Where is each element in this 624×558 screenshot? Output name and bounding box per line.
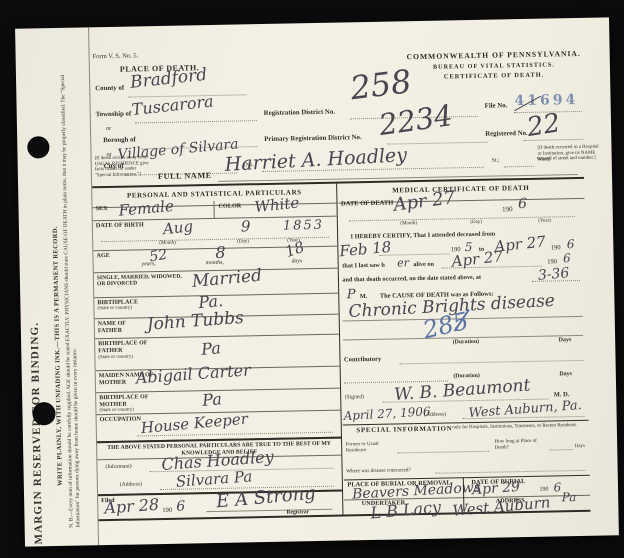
filed-date-value: Apr 28	[104, 497, 160, 517]
binding-margin: MARGIN RESERVED FOR BINDING. WRITE PLAIN…	[15, 27, 99, 546]
registration-district-value: 258	[348, 65, 413, 104]
contributory-label: Contributory	[344, 356, 381, 364]
md-label: M. D.	[554, 391, 570, 398]
street-label: St.;	[492, 157, 500, 163]
to-year-digit: 6	[567, 238, 575, 250]
dod-year-digit: 6	[518, 197, 527, 211]
commonwealth-heading: COMMONWEALTH OF PENNSYLVANIA. BUREAU OF …	[388, 49, 601, 82]
days-label-1: Days	[559, 337, 572, 343]
dob-day-sublabel: (Day)	[237, 239, 249, 244]
death-time-value: 3-36	[537, 266, 570, 283]
commonwealth-line: COMMONWEALTH OF PENNSYLVANIA.	[388, 49, 600, 62]
certify-paragraph: I HEREBY CERTIFY, That I attended deceas…	[339, 227, 586, 290]
or-label-1: or	[106, 125, 111, 132]
dob-month: Aug	[162, 219, 194, 237]
township-label: Township of	[96, 111, 132, 119]
how-long-label: How long at Place of Death?	[495, 439, 549, 452]
signed-label: (Signed)	[345, 394, 364, 400]
date-of-death-row: DATE OF DEATH Apr 27 190 6 (Month) (Day)…	[338, 194, 585, 232]
undertaker-value: L B Lacy	[369, 499, 441, 521]
birthplace-value: Pa.	[198, 293, 224, 311]
registered-no-value: 22	[525, 110, 562, 141]
filed-year-printed: 190	[162, 507, 172, 514]
medical-column: MEDICAL CERTIFICATE OF DEATH DATE OF DEA…	[338, 179, 590, 515]
informant-label: (Informant)	[105, 464, 131, 470]
borough-label: Borough of	[103, 136, 136, 144]
margin-binding-text: MARGIN RESERVED FOR BINDING.	[27, 238, 45, 544]
m-label: M.	[360, 293, 368, 300]
color-value: White	[254, 195, 300, 215]
former-residence-label: Former or Usual Residence	[346, 442, 394, 455]
special-info-note: only for Hospitals, Institutions, Transi…	[452, 423, 584, 431]
certificate-line: CERTIFICATE OF DEATH.	[388, 71, 600, 82]
sex-value: Female	[118, 199, 174, 219]
sex-color-divider	[213, 201, 214, 218]
duration-label-1: (Duration)	[453, 339, 480, 346]
burial-date-value: Apr 29	[471, 480, 520, 497]
where-contracted-label: Where was disease contracted?	[346, 467, 411, 474]
dob-year: 1853	[283, 219, 324, 233]
informant-address-label: (Address)	[120, 481, 142, 487]
sex-label: SEX	[95, 205, 107, 212]
certificate-table: PERSONAL AND STATISTICAL PARTICULARS SEX…	[92, 177, 590, 521]
dod-year-printed: 190	[502, 205, 513, 213]
father-label: NAME OF FATHER	[98, 320, 140, 334]
special-info-title: SPECIAL INFORMATION	[356, 425, 452, 434]
months-label: months,	[206, 260, 224, 266]
occupation-value: House Keeper	[140, 412, 248, 436]
former-residence-blank	[397, 451, 489, 454]
primary-registration-label: Primary Registration District No.	[264, 134, 362, 143]
where-contracted-blank	[435, 470, 585, 474]
bureau-line: BUREAU OF VITAL STATISTICS.	[388, 61, 600, 72]
dod-label: DATE OF DEATH	[341, 200, 393, 208]
primary-registration-value: 2234	[377, 101, 454, 140]
dob-label: DATE OF BIRTH	[96, 221, 144, 229]
am-pm-fill: P	[347, 288, 356, 301]
father-value: John Tubbs	[146, 310, 244, 334]
punch-hole-top	[27, 136, 49, 158]
punch-hole-bottom	[32, 402, 55, 425]
father-birthplace-note: (State or country)	[98, 355, 133, 361]
burial-year-printed: 190	[539, 487, 548, 493]
years-label: years,	[142, 261, 156, 267]
county-label: County of	[95, 85, 124, 93]
age-months-value: 8	[215, 245, 225, 261]
registration-district-label: Registration District No.	[264, 109, 335, 117]
last-saw-year-printed: 190	[547, 258, 557, 265]
undertaker-address-state: Pa	[562, 491, 577, 503]
signed-date-value: April 27, 1906	[343, 405, 431, 422]
filed-year-digit: 6	[176, 500, 185, 514]
how-long-blank	[549, 449, 573, 450]
mother-birthplace-value: Pa	[202, 391, 223, 409]
marital-value: Married	[191, 268, 262, 291]
last-saw-prefix: that I last saw h	[342, 262, 385, 270]
father-birthplace-label: BIRTHPLACE OF FATHER	[98, 340, 156, 354]
dod-value: Apr 27	[392, 189, 456, 214]
residence-note: [If death occurs away from USUAL RESIDEN…	[95, 155, 153, 178]
ward-blank	[504, 166, 534, 168]
filed-row: Filed Apr 28 190 6 E A Strong Registrar	[98, 490, 342, 521]
attended-from-value: Feb 18	[338, 240, 391, 260]
color-label: COLOR	[218, 202, 241, 209]
personal-column: PERSONAL AND STATISTICAL PARTICULARS SEX…	[92, 184, 343, 520]
to-year-printed: 190	[551, 244, 561, 251]
full-name-value: Harriet A. Hoadley	[224, 146, 407, 175]
registrar-label: Registrar	[286, 509, 309, 515]
days-label: days	[292, 258, 303, 264]
mother-birthplace-label: BIRTHPLACE OF MOTHER	[99, 394, 157, 408]
dod-month-sublabel: (Month)	[400, 221, 417, 226]
occupation-label: OCCUPATION	[100, 415, 142, 423]
dod-day-sublabel: (Day)	[470, 220, 482, 225]
alive-on-label: alive on	[413, 261, 434, 268]
last-saw-year-digit: 6	[563, 252, 571, 264]
form-number: Form V. S. No. 5.	[93, 52, 139, 60]
registered-no-label: Registered No.	[485, 130, 528, 138]
hospital-note: [If death occurred in a Hospital or Inst…	[537, 145, 601, 163]
age-label: AGE	[96, 252, 110, 259]
signed-address-label: (Address)	[424, 412, 446, 418]
marital-label: SINGLE, MARRIED, WIDOWED, OR DIVORCED	[97, 273, 189, 288]
undertaker-address-value: West Auburn	[451, 495, 550, 519]
dob-day: 9	[241, 219, 251, 234]
attended-from-blank	[379, 253, 449, 255]
file-no-label: File No.	[485, 102, 508, 109]
dod-year-sublabel: (Year)	[538, 218, 551, 223]
burial-year-digit: 6	[553, 481, 561, 493]
cause-value-area: Chronic Brights disease 285 (Duration) D…	[340, 301, 587, 352]
township-blank	[135, 120, 257, 123]
dob-month-sublabel: (Month)	[159, 241, 176, 246]
file-no-stamp: 41694	[514, 92, 578, 109]
how-long-days-label: Days	[575, 444, 585, 449]
full-name-label: FULL NAME	[158, 171, 212, 181]
death-occurred-label: and that death occurred, on the date sta…	[342, 274, 481, 284]
contributory-blank	[399, 360, 583, 365]
days-label-2: Days	[559, 371, 572, 377]
birthplace-note: (State or country)	[97, 306, 132, 312]
death-certificate-paper: MARGIN RESERVED FOR BINDING. WRITE PLAIN…	[15, 17, 619, 546]
last-saw-fill: er	[397, 257, 409, 268]
mother-birthplace-note: (State or country)	[99, 408, 134, 414]
father-birthplace-value: Pa	[201, 340, 222, 358]
